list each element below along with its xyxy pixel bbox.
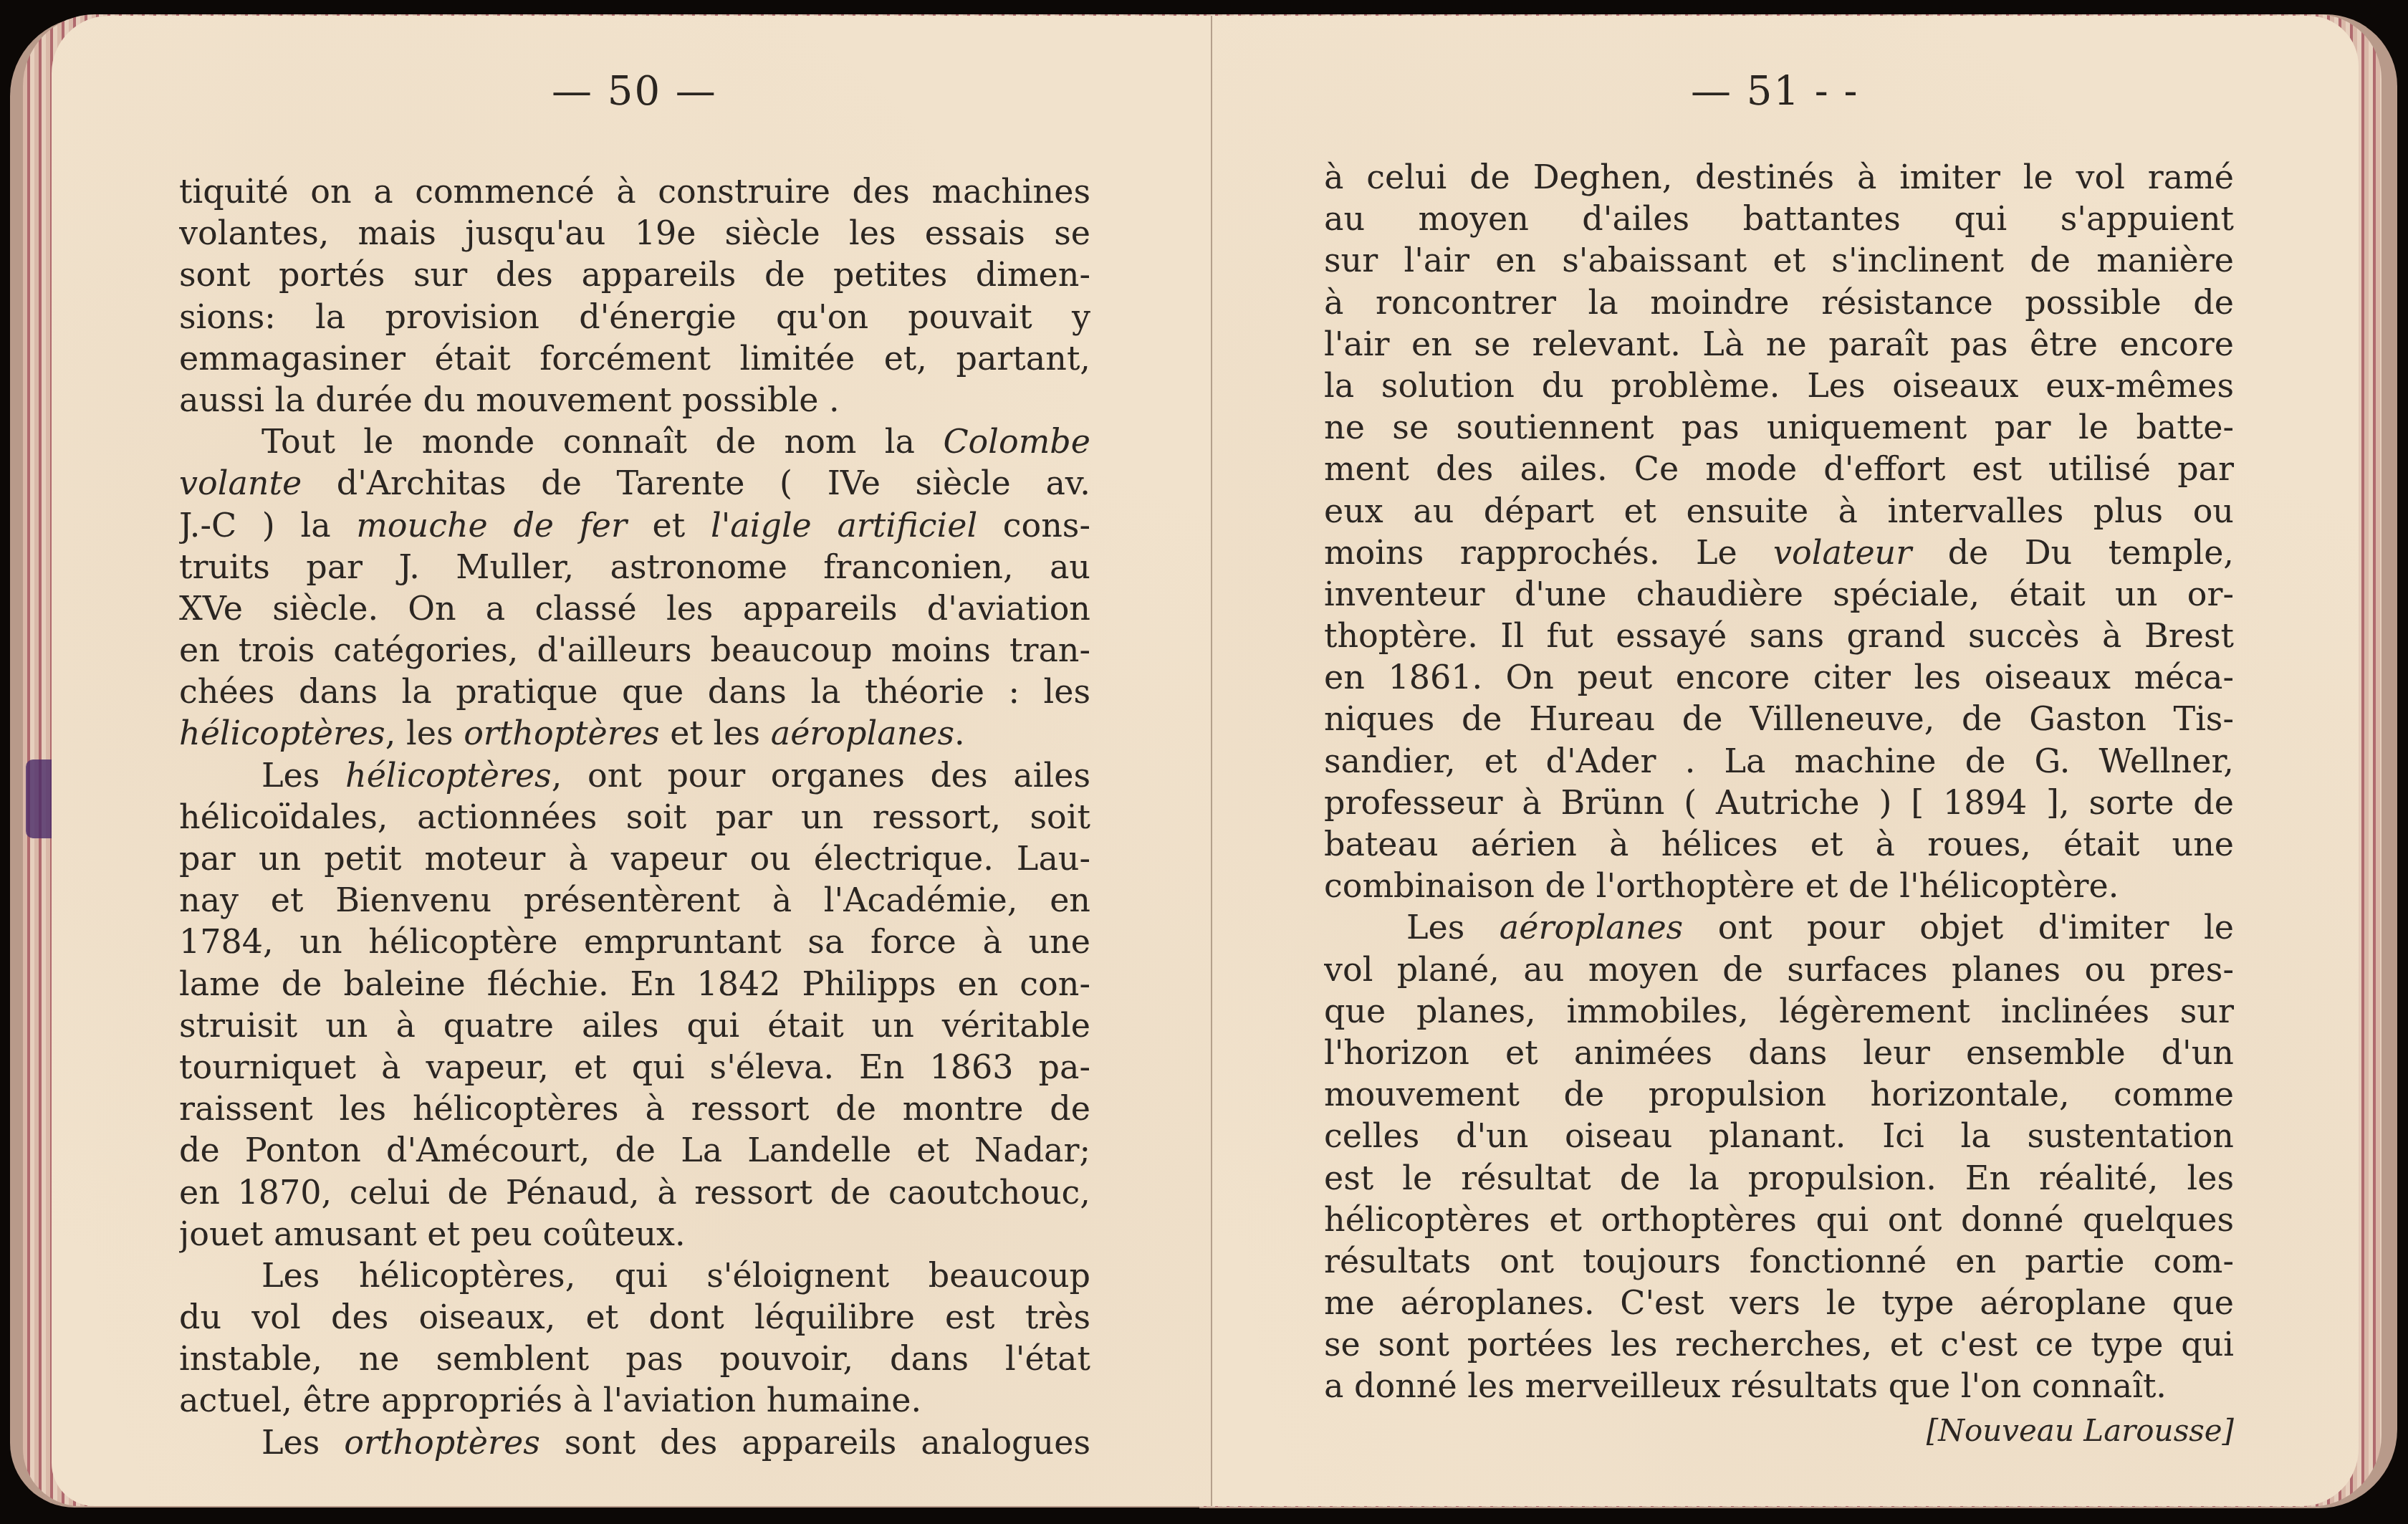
text-line: sur l'air en s'abaissant et s'inclinent … [1324, 239, 2234, 281]
text-line: Les orthoptères sont des appareils analo… [179, 1422, 1090, 1463]
text-line: résultats ont toujours fonctionné en par… [1324, 1240, 2234, 1282]
text-segment: jouet amusant et peu coûteux. [179, 1214, 686, 1253]
text-segment: inventeur d'une chaudière spéciale, étai… [1324, 575, 2234, 613]
text-line: que planes, immobiles, légèrement inclin… [1324, 990, 2234, 1032]
text-line: jouet amusant et peu coûteux. [179, 1213, 1090, 1255]
text-segment: combinaison de l'orthoptère et de l'héli… [1324, 866, 2119, 905]
left-page-text: tiquité on a commencé à construire des m… [179, 171, 1090, 1463]
text-segment: de Ponton d'Amécourt, de La Landelle et … [179, 1131, 1090, 1169]
text-line: 1784, un hélicoptère empruntant sa force… [179, 921, 1090, 962]
text-line: Les hélicoptères, qui s'éloignent beauco… [179, 1255, 1090, 1296]
source-citation: [Nouveau Larousse] [1324, 1410, 2234, 1452]
text-line: instable, ne semblent pas pouvoir, dans … [179, 1338, 1090, 1379]
text-line: emmagasiner était forcément limitée et, … [179, 337, 1090, 379]
italic-term: hélicoptères [179, 714, 385, 752]
text-segment: J.-C ) la [179, 506, 356, 545]
text-segment: est le résultat de la propulsion. En réa… [1324, 1159, 2234, 1197]
text-segment: volantes, mais jusqu'au 19e siècle les e… [179, 214, 1090, 252]
text-line: sions: la provision d'énergie qu'on pouv… [179, 296, 1090, 337]
text-segment: truits par J. Muller, astronome franconi… [179, 547, 1090, 586]
text-line: hélicoptères et orthoptères qui ont donn… [1324, 1199, 2234, 1240]
text-line: en trois catégories, d'ailleurs beaucoup… [179, 629, 1090, 671]
text-line: XVe siècle. On a classé les appareils d'… [179, 588, 1090, 629]
text-line: nay et Bienvenu présentèrent à l'Académi… [179, 879, 1090, 921]
text-line: a donné les merveilleux résultats que l'… [1324, 1365, 2234, 1406]
text-segment: tiquité on a commencé à construire des m… [179, 172, 1090, 211]
text-line: chées dans la pratique que dans la théor… [179, 671, 1090, 712]
text-segment: vol plané, au moyen de surfaces planes o… [1324, 950, 2234, 989]
text-segment: au moyen d'ailes battantes qui s'appuien… [1324, 199, 2234, 238]
text-line: J.-C ) la mouche de fer et l'aigle artif… [179, 504, 1090, 546]
text-segment: en 1861. On peut encore citer les oiseau… [1324, 658, 2234, 696]
text-line: bateau aérien à hélices et à roues, étai… [1324, 823, 2234, 865]
text-line: est le résultat de la propulsion. En réa… [1324, 1157, 2234, 1199]
text-segment: sont portés sur des appareils de petites… [179, 255, 1090, 294]
text-segment: niques de Hureau de Villeneuve, de Gasto… [1324, 699, 2234, 738]
text-segment: que planes, immobiles, légèrement inclin… [1324, 992, 2234, 1030]
text-segment: lame de baleine fléchie. En 1842 Philipp… [179, 964, 1090, 1003]
text-segment: mouvement de propulsion horizontale, com… [1324, 1075, 2234, 1113]
text-segment: ment des ailes. Ce mode d'effort est uti… [1324, 449, 2234, 488]
italic-term: volateur [1773, 533, 1911, 572]
text-line: professeur à Brünn ( Autriche ) [ 1894 ]… [1324, 782, 2234, 823]
text-line: thoptère. Il fut essayé sans grand succè… [1324, 615, 2234, 656]
right-page-text: à celui de Deghen, destinés à imiter le … [1324, 156, 2234, 1452]
text-segment: d'Architas de Tarente ( IVe siècle av. [302, 464, 1090, 502]
text-segment: sont des appareils analogues [540, 1423, 1090, 1462]
text-line: au moyen d'ailes battantes qui s'appuien… [1324, 198, 2234, 239]
text-segment: eux au départ et ensuite à intervalles p… [1324, 492, 2234, 530]
text-segment: tourniquet à vapeur, et qui s'éleva. En … [179, 1048, 1090, 1086]
text-line: tiquité on a commencé à construire des m… [179, 171, 1090, 212]
italic-term: l'aigle artificiel [711, 506, 977, 545]
text-segment: et [627, 506, 711, 545]
text-segment: l'air en se relevant. Là ne paraît pas ê… [1324, 325, 2234, 363]
text-line: hélicoïdales, actionnées soit par un res… [179, 796, 1090, 838]
text-segment: , les [385, 714, 464, 752]
text-segment: ne se soutiennent pas uniquement par le … [1324, 408, 2234, 446]
text-line: du vol des oiseaux, et dont léquilibre e… [179, 1296, 1090, 1338]
text-segment: à roncontrer la moindre résistance possi… [1324, 283, 2234, 322]
text-segment: en trois catégories, d'ailleurs beaucoup… [179, 631, 1090, 669]
text-segment: thoptère. Il fut essayé sans grand succè… [1324, 616, 2234, 655]
text-segment: aussi la durée du mouvement possible . [179, 380, 840, 419]
text-segment: sur l'air en s'abaissant et s'inclinent … [1324, 241, 2234, 279]
italic-term: Colombe [943, 422, 1090, 461]
text-segment: emmagasiner était forcément limitée et, … [179, 339, 1090, 378]
text-segment: celles d'un oiseau planant. Ici la suste… [1324, 1116, 2234, 1155]
text-segment: Les hélicoptères, qui s'éloignent beauco… [262, 1256, 1090, 1295]
text-line: en 1870, celui de Pénaud, à ressort de c… [179, 1171, 1090, 1213]
text-segment: raissent les hélicoptères à ressort de m… [179, 1089, 1090, 1128]
italic-term: volante [179, 464, 302, 502]
italic-term: orthoptères [344, 1423, 539, 1462]
text-line: ne se soutiennent pas uniquement par le … [1324, 406, 2234, 448]
text-segment: 1784, un hélicoptère empruntant sa force… [179, 922, 1090, 961]
text-line: l'horizon et animées dans leur ensemble … [1324, 1032, 2234, 1073]
text-line: vol plané, au moyen de surfaces planes o… [1324, 949, 2234, 990]
page-number-left: — 50 — [552, 68, 717, 115]
text-segment: struisit un à quatre ailes qui était un … [179, 1006, 1090, 1045]
text-line: de Ponton d'Amécourt, de La Landelle et … [179, 1129, 1090, 1171]
text-segment: me aéroplanes. C'est vers le type aéropl… [1324, 1283, 2234, 1322]
text-line: Les aéroplanes ont pour objet d'imiter l… [1324, 906, 2234, 948]
text-line: Tout le monde connaît de nom la Colombe [179, 421, 1090, 462]
text-line: Les hélicoptères, ont pour organes des a… [179, 754, 1090, 796]
text-line: inventeur d'une chaudière spéciale, étai… [1324, 573, 2234, 615]
text-line: struisit un à quatre ailes qui était un … [179, 1005, 1090, 1046]
text-line: aussi la durée du mouvement possible . [179, 379, 1090, 421]
text-line: me aéroplanes. C'est vers le type aéropl… [1324, 1282, 2234, 1323]
text-line: eux au départ et ensuite à intervalles p… [1324, 490, 2234, 532]
text-segment: par un petit moteur à vapeur ou électriq… [179, 839, 1090, 878]
text-line: mouvement de propulsion horizontale, com… [1324, 1073, 2234, 1115]
text-line: à celui de Deghen, destinés à imiter le … [1324, 156, 2234, 198]
text-line: truits par J. Muller, astronome franconi… [179, 546, 1090, 588]
text-line: sont portés sur des appareils de petites… [179, 254, 1090, 295]
text-segment: moins rapprochés. Le [1324, 533, 1773, 572]
text-segment: hélicoptères et orthoptères qui ont donn… [1324, 1200, 2234, 1239]
text-line: actuel, être appropriés à l'aviation hum… [179, 1379, 1090, 1421]
text-segment: se sont portées les recherches, et c'est… [1324, 1325, 2234, 1364]
text-line: par un petit moteur à vapeur ou électriq… [179, 838, 1090, 879]
text-line: à roncontrer la moindre résistance possi… [1324, 282, 2234, 323]
text-segment: . [954, 714, 965, 752]
text-segment: actuel, être appropriés à l'aviation hum… [179, 1381, 921, 1419]
text-segment: sandier, et d'Ader . La machine de G. We… [1324, 742, 2234, 780]
text-segment: ont pour objet d'imiter le [1683, 908, 2234, 946]
text-line: en 1861. On peut encore citer les oiseau… [1324, 656, 2234, 698]
italic-term: aéroplanes [771, 714, 954, 752]
text-segment: sions: la provision d'énergie qu'on pouv… [179, 297, 1090, 336]
text-line: la solution du problème. Les oiseaux eux… [1324, 365, 2234, 406]
text-segment: et les [660, 714, 771, 752]
text-line: l'air en se relevant. Là ne paraît pas ê… [1324, 323, 2234, 365]
text-line: ment des ailes. Ce mode d'effort est uti… [1324, 448, 2234, 489]
text-segment: XVe siècle. On a classé les appareils d'… [179, 589, 1090, 628]
text-segment: Les [1406, 908, 1500, 946]
italic-term: aéroplanes [1500, 908, 1683, 946]
text-segment: de Du temple, [1911, 533, 2234, 572]
text-segment: à celui de Deghen, destinés à imiter le … [1324, 158, 2234, 196]
text-segment: Tout le monde connaît de nom la [262, 422, 943, 461]
text-line: raissent les hélicoptères à ressort de m… [179, 1088, 1090, 1129]
text-segment: nay et Bienvenu présentèrent à l'Académi… [179, 881, 1090, 919]
text-line: moins rapprochés. Le volateur de Du temp… [1324, 532, 2234, 573]
text-segment: , ont pour organes des ailes [552, 756, 1090, 795]
text-segment: hélicoïdales, actionnées soit par un res… [179, 797, 1090, 836]
text-line: tourniquet à vapeur, et qui s'éleva. En … [179, 1046, 1090, 1088]
text-line: niques de Hureau de Villeneuve, de Gasto… [1324, 698, 2234, 739]
text-segment: cons- [977, 506, 1090, 545]
text-segment: professeur à Brünn ( Autriche ) [ 1894 ]… [1324, 783, 2234, 822]
text-segment: instable, ne semblent pas pouvoir, dans … [179, 1339, 1090, 1378]
text-segment: résultats ont toujours fonctionné en par… [1324, 1242, 2234, 1280]
text-line: sandier, et d'Ader . La machine de G. We… [1324, 740, 2234, 782]
text-segment: bateau aérien à hélices et à roues, étai… [1324, 825, 2234, 863]
text-line: combinaison de l'orthoptère et de l'héli… [1324, 865, 2234, 906]
italic-term: mouche de fer [356, 506, 627, 545]
text-line: se sont portées les recherches, et c'est… [1324, 1323, 2234, 1365]
italic-term: hélicoptères [345, 756, 552, 795]
text-segment: l'horizon et animées dans leur ensemble … [1324, 1033, 2234, 1072]
text-segment: a donné les merveilleux résultats que l'… [1324, 1366, 2167, 1405]
text-line: hélicoptères, les orthoptères et les aér… [179, 712, 1090, 754]
text-segment: Les [262, 1423, 344, 1462]
text-segment: en 1870, celui de Pénaud, à ressort de c… [179, 1173, 1090, 1212]
text-line: lame de baleine fléchie. En 1842 Philipp… [179, 963, 1090, 1005]
page-number-right: — 51 - - [1691, 68, 1859, 115]
text-line: celles d'un oiseau planant. Ici la suste… [1324, 1115, 2234, 1156]
text-segment: Les [262, 756, 345, 795]
text-segment: chées dans la pratique que dans la théor… [179, 672, 1090, 711]
text-segment: du vol des oiseaux, et dont léquilibre e… [179, 1298, 1090, 1336]
text-line: volante d'Architas de Tarente ( IVe sièc… [179, 462, 1090, 504]
italic-term: orthoptères [464, 714, 659, 752]
text-line: volantes, mais jusqu'au 19e siècle les e… [179, 212, 1090, 254]
text-segment: la solution du problème. Les oiseaux eux… [1324, 366, 2234, 405]
book-spine [1211, 16, 1212, 1506]
